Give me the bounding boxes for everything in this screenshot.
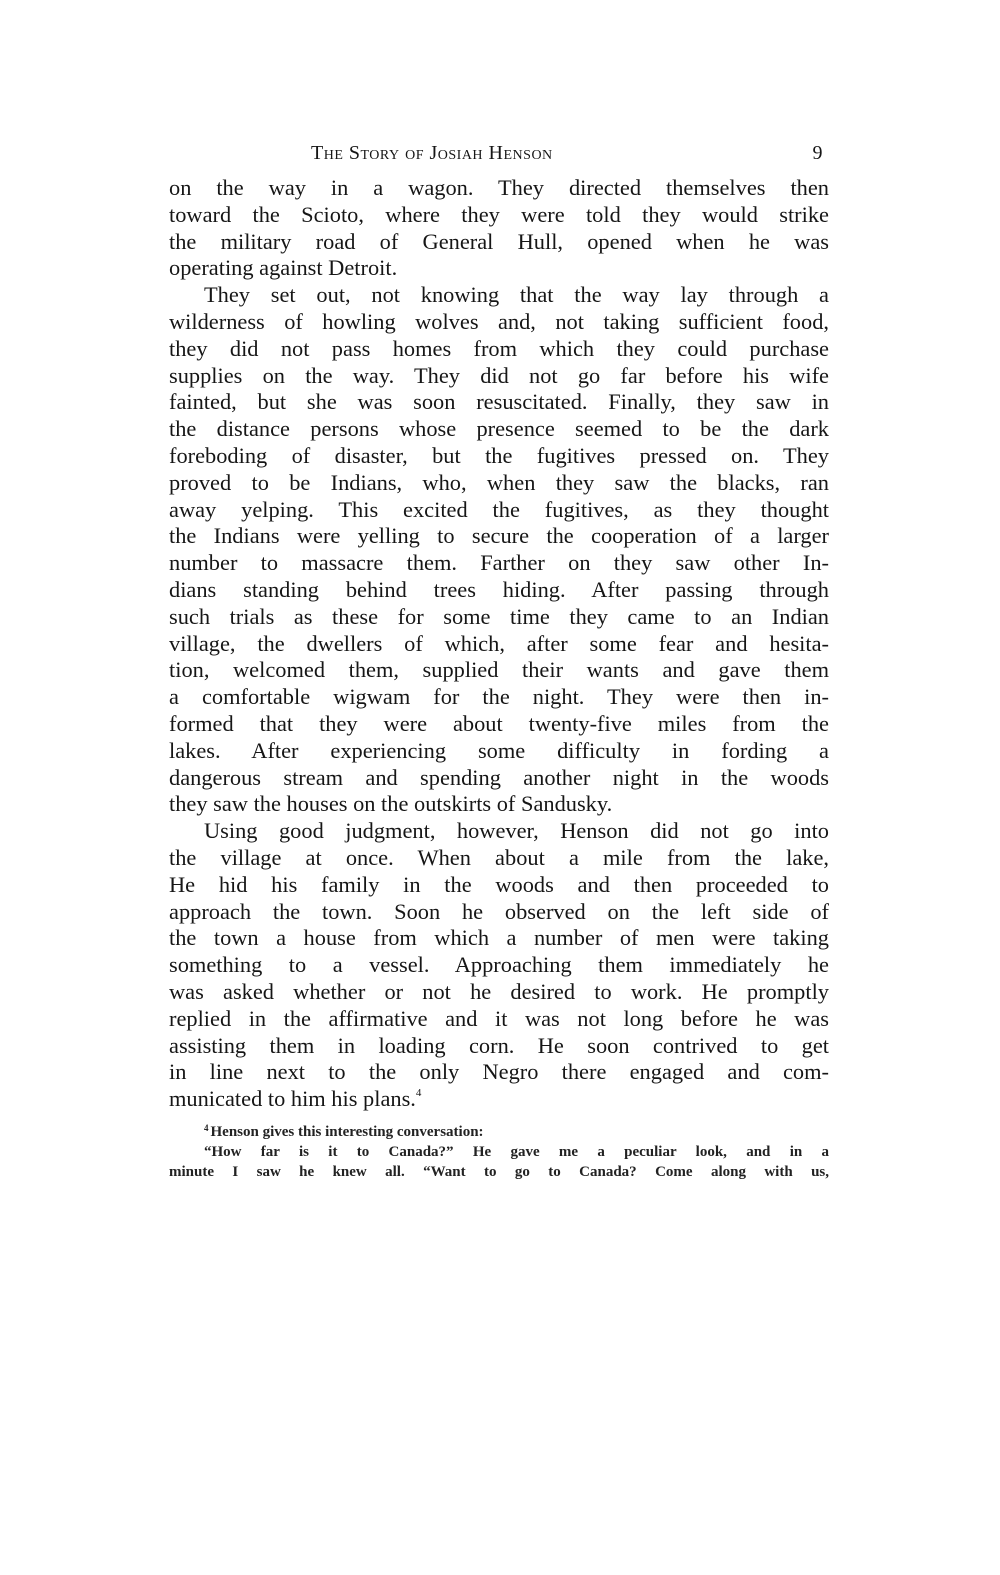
text-line: village, the dwellers of which, after so… — [169, 631, 829, 658]
paragraph-1: on the way in a wagon. They directed the… — [169, 175, 829, 282]
text-line: wilderness of howling wolves and, not ta… — [169, 309, 829, 336]
text-line: away yelping. This excited the fugitives… — [169, 497, 829, 524]
paragraph-3: Using good judgment, however, Henson did… — [169, 818, 829, 1113]
running-head-title: The Story of Josiah Henson — [311, 142, 553, 165]
footnote-reference[interactable]: 4 — [416, 1087, 422, 1099]
footnotes: 4Henson gives this interesting conversat… — [169, 1122, 829, 1182]
text-line: such trials as these for some time they … — [169, 604, 829, 631]
text-line: the village at once. When about a mile f… — [169, 845, 829, 872]
text-line: in line next to the only Negro there eng… — [169, 1059, 829, 1086]
text-line-with-footnote: municated to him his plans.4 — [169, 1086, 829, 1113]
text-line: fainted, but she was soon resuscitated. … — [169, 389, 829, 416]
text-line: replied in the affirmative and it was no… — [169, 1006, 829, 1033]
text-line: proved to be Indians, who, when they saw… — [169, 470, 829, 497]
text-line: on the way in a wagon. They directed the… — [169, 175, 829, 202]
text-line: a comfortable wigwam for the night. They… — [169, 684, 829, 711]
text-line: the town a house from which a number of … — [169, 925, 829, 952]
text-line: foreboding of disaster, but the fugitive… — [169, 443, 829, 470]
text-line: tion, welcomed them, supplied their want… — [169, 657, 829, 684]
text-line: Using good judgment, however, Henson did… — [169, 818, 829, 845]
footnote-text: Henson gives this interesting conversati… — [211, 1124, 484, 1140]
footnote-line: minute I saw he knew all. “Want to go to… — [169, 1162, 829, 1182]
text-line: He hid his family in the woods and then … — [169, 872, 829, 899]
paragraph-2: They set out, not knowing that the way l… — [169, 282, 829, 818]
text-line: supplies on the way. They did not go far… — [169, 363, 829, 390]
text-line: the Indians were yelling to secure the c… — [169, 523, 829, 550]
book-page: The Story of Josiah Henson 9 on the way … — [169, 136, 829, 1182]
text-line: something to a vessel. Approaching them … — [169, 952, 829, 979]
text-line: operating against Detroit. — [169, 255, 829, 282]
text-line: lakes. After experiencing some difficult… — [169, 738, 829, 765]
text-line: the distance persons whose presence seem… — [169, 416, 829, 443]
text-line: They set out, not knowing that the way l… — [169, 282, 829, 309]
text-line: formed that they were about twenty-five … — [169, 711, 829, 738]
text-line: was asked whether or not he desired to w… — [169, 979, 829, 1006]
running-head: The Story of Josiah Henson 9 — [169, 136, 829, 172]
footnote-line: 4Henson gives this interesting conversat… — [169, 1122, 829, 1142]
text-line: assisting them in loading corn. He soon … — [169, 1033, 829, 1060]
text-line: number to massacre them. Farther on they… — [169, 550, 829, 577]
text-line: municated to him his plans. — [169, 1086, 416, 1111]
page-number: 9 — [813, 142, 824, 165]
text-line: they saw the houses on the outskirts of … — [169, 791, 829, 818]
footnote-line: “How far is it to Canada?” He gave me a … — [169, 1142, 829, 1162]
body-text: on the way in a wagon. They directed the… — [169, 175, 829, 1113]
text-line: dangerous stream and spending another ni… — [169, 765, 829, 792]
text-line: toward the Scioto, where they were told … — [169, 202, 829, 229]
text-line: approach the town. Soon he observed on t… — [169, 899, 829, 926]
text-line: the military road of General Hull, opene… — [169, 229, 829, 256]
text-line: dians standing behind trees hiding. Afte… — [169, 577, 829, 604]
footnote-marker: 4 — [204, 1123, 209, 1133]
text-line: they did not pass homes from which they … — [169, 336, 829, 363]
